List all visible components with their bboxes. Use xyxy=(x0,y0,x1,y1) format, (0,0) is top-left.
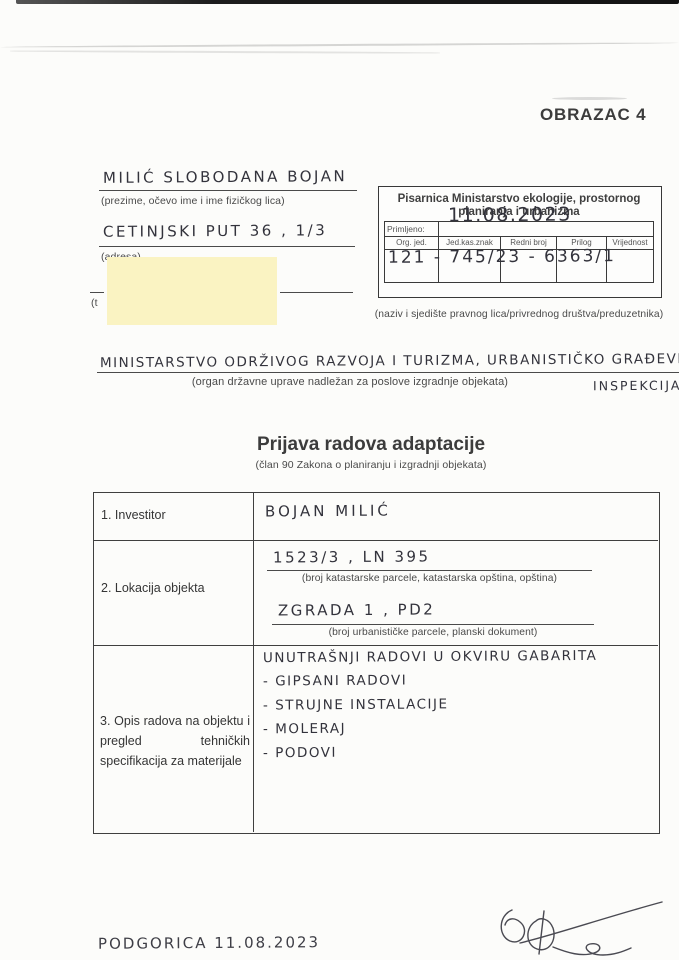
phone-underline-right xyxy=(280,292,353,293)
form-subtitle: (član 90 Zakona o planiranju i izgradnji… xyxy=(111,459,631,471)
signature-icon xyxy=(490,896,668,960)
row3-line5-handwritten: - PODOVI xyxy=(263,745,337,762)
row3-line1-handwritten: UNUTRAŠNJI RADOVI U OKVIRU GABARITA xyxy=(263,648,597,666)
redaction-box xyxy=(107,257,277,325)
entity-label: (naziv i sjedište pravnog lica/privredno… xyxy=(373,309,665,320)
row2-field1-caption: (broj katastarske parcele, katastarska o… xyxy=(267,573,592,584)
row3-line3-handwritten: - STRUJNE INSTALACIJE xyxy=(263,696,449,713)
stamp-received-label: Primljeno: xyxy=(385,222,439,236)
form-code: OBRAZAC 4 xyxy=(540,105,646,125)
row2-field2-caption: (broj urbanističke parcele, planski doku… xyxy=(272,627,594,638)
table-row-divider xyxy=(93,645,658,646)
row2-field2-underline xyxy=(272,624,594,625)
row1-label: 1. Investitor xyxy=(101,505,166,525)
phone-label-partial: (t xyxy=(91,297,98,309)
row3-line4-handwritten: - MOLERAJ xyxy=(263,721,346,738)
applicant-name-label: (prezime, očevo ime i ime fizičkog lica) xyxy=(101,195,285,207)
scan-edge-artifact xyxy=(16,0,679,4)
name-underline xyxy=(99,190,357,191)
scanned-form-page: OBRAZAC 4 MILIĆ SLOBODANA BOJAN (prezime… xyxy=(0,0,679,960)
authority-value-handwritten: MINISTARSTVO ODRŽIVOG RAZVOJA I TURIZMA,… xyxy=(100,351,679,371)
stamp-received-date-handwritten: 11.08.2023 xyxy=(448,204,572,227)
address-value: CETINJSKI PUT 36 , 1/3 xyxy=(103,221,327,241)
row2-field1-underline xyxy=(267,570,592,571)
registry-stamp-box: Pisarnica Ministarstvo ekologije, prosto… xyxy=(378,186,662,298)
authority-underline xyxy=(97,372,679,373)
form-title: Prijava radova adaptacije xyxy=(111,434,631,456)
authority-value-handwritten-line2: INSPEKCIJA xyxy=(593,378,679,394)
stamp-number-handwritten: 121 - 745/23 - 6363/1 xyxy=(388,246,616,268)
row1-value-handwritten: BOJAN MILIĆ xyxy=(265,502,391,521)
scan-streak-artifact xyxy=(10,50,440,53)
phone-underline-left xyxy=(90,292,104,293)
scan-streak-artifact xyxy=(0,42,679,48)
table-row-divider xyxy=(93,540,658,541)
row2-field2-value-handwritten: ZGRADA 1 , PD2 xyxy=(278,600,435,619)
address-underline xyxy=(99,246,355,247)
row3-line2-handwritten: - GIPSANI RADOVI xyxy=(263,672,407,689)
row3-label: 3. Opis radova na objektu i pregled tehn… xyxy=(100,711,250,771)
applicant-name-value: MILIĆ SLOBODANA BOJAN xyxy=(103,167,347,187)
row2-field1-value-handwritten: 1523/3 , LN 395 xyxy=(273,547,431,566)
table-column-divider xyxy=(253,492,254,832)
footer-place-date-handwritten: PODGORICA 11.08.2023 xyxy=(98,933,320,953)
authority-label: (organ državne uprave nadležan za poslov… xyxy=(130,376,570,388)
row2-label: 2. Lokacija objekta xyxy=(101,578,205,598)
scan-smudge-artifact xyxy=(552,97,627,100)
